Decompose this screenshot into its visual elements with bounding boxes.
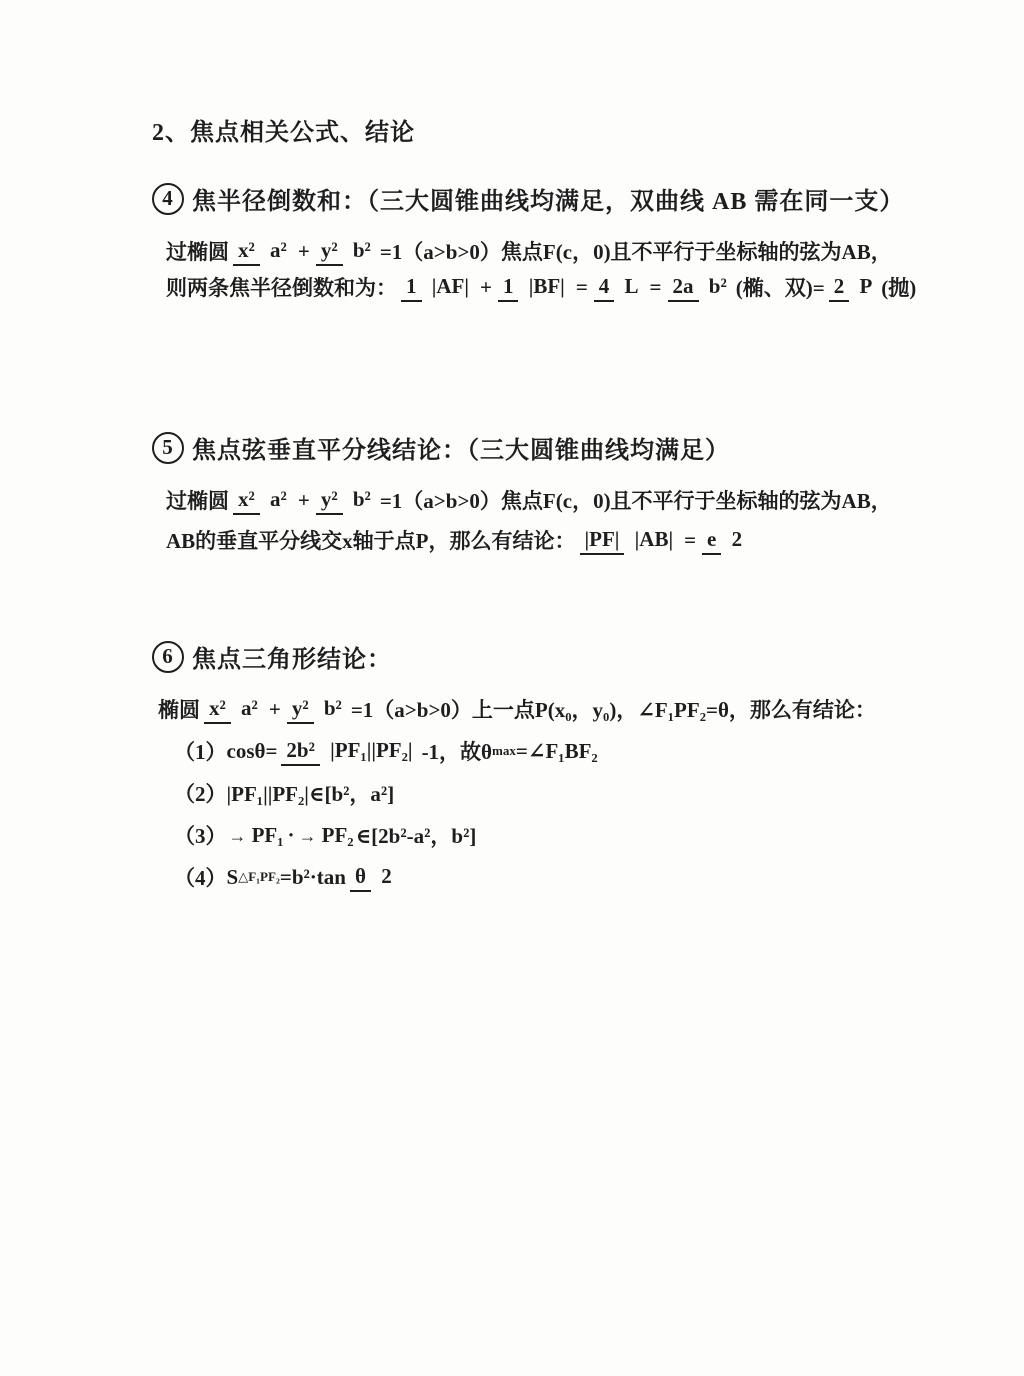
fraction-denominator: b² — [348, 485, 376, 511]
fraction-x2-a2: x² a² — [204, 697, 263, 720]
fraction-numerator: y² — [287, 695, 314, 724]
fraction-4-L: 4 L — [594, 275, 644, 298]
circled-number-5-icon: 5 — [152, 432, 184, 464]
plus-operator: + — [298, 488, 310, 513]
text-run: (抛) — [881, 272, 916, 302]
item-number: （4） — [174, 862, 227, 892]
item-number: （2） — [174, 778, 227, 808]
text-run: =1（a>b>0）焦点F(c，0)且不平行于坐标轴的弦为AB， — [380, 485, 892, 515]
section-5-title-text: 焦点弦垂直平分线结论：（三大圆锥曲线均满足） — [192, 430, 730, 465]
fraction-numerator: x² — [204, 695, 231, 724]
conclusion-item-1: （1） cosθ= 2b² |PF₁||PF₂| -1，故θmax=∠F₁BF₂ — [174, 736, 942, 766]
fraction-x2-a2: x² a² — [233, 488, 292, 511]
fraction-denominator: b² — [319, 694, 347, 720]
vector-PF2: → PF₂ — [299, 825, 354, 846]
fraction-theta-2: θ 2 — [350, 865, 397, 888]
fraction-denominator: 2 — [727, 525, 748, 551]
fraction-numerator: 2 — [829, 273, 850, 302]
sec5-ellipse-condition-line: 过椭圆 x² a² + y² b² =1（a>b>0）焦点F(c，0)且不平行于… — [166, 485, 942, 515]
fraction-denominator: |BF| — [524, 272, 570, 298]
fraction-2-P: 2 P — [829, 275, 878, 298]
sec5-conclusion-line: AB的垂直平分线交x轴于点P，那么有结论： |PF| |AB| = e 2 — [166, 525, 942, 555]
item-number: （3） — [174, 820, 227, 850]
vector-base: PF₁ — [252, 823, 284, 847]
fraction-y2-b2: y² b² — [287, 697, 347, 720]
section-4-title-text: 焦半径倒数和：（三大圆锥曲线均满足，双曲线 AB 需在同一支） — [192, 181, 904, 216]
plus-operator: + — [298, 239, 310, 264]
sec4-reciprocal-sum-line: 则两条焦半径倒数和为： 1 |AF| + 1 |BF| = 4 L = 2a — [166, 272, 942, 302]
fraction-e-2: e 2 — [702, 528, 747, 551]
fraction-numerator: 1 — [498, 273, 519, 302]
fraction-denominator: |AF| — [427, 272, 474, 298]
fraction-denominator: b² — [704, 272, 732, 298]
text-run: AB的垂直平分线交x轴于点P，那么有结论： — [166, 525, 576, 555]
vector-arrow-icon: → — [299, 826, 317, 846]
item-number: （1） — [174, 736, 227, 766]
equals-operator: = — [576, 275, 588, 300]
text-run: =1（a>b>0）上一点P(x₀，y₀)，∠F₁PF₂=θ，那么有结论： — [351, 694, 876, 724]
theta-max-subscript: max — [492, 743, 516, 759]
text-run: 则两条焦半径倒数和为： — [166, 272, 397, 302]
fraction-denominator: a² — [236, 694, 263, 720]
text-run: 过椭圆 — [166, 485, 229, 515]
fraction-denominator: 2 — [376, 862, 397, 888]
page-content: 2、焦点相关公式、结论 4 焦半径倒数和：（三大圆锥曲线均满足，双曲线 AB 需… — [152, 112, 942, 904]
section-6-title-text: 焦点三角形结论： — [192, 639, 392, 674]
equals-operator: = — [650, 275, 662, 300]
blank-gap — [152, 302, 942, 430]
fraction-numerator: e — [702, 526, 721, 555]
plus-operator: + — [480, 275, 492, 300]
fraction-numerator: y² — [316, 486, 343, 515]
circled-number-6-icon: 6 — [152, 641, 184, 673]
fraction-numerator: 2a — [668, 273, 699, 302]
fraction-numerator: x² — [233, 486, 260, 515]
fraction-1-AF: 1 |AF| — [401, 275, 474, 298]
text-run: |PF₁||PF₂|∈[b²，a²] — [227, 778, 395, 808]
fraction-y2-b2: y² b² — [316, 488, 376, 511]
fraction-PF-AB: |PF| |AB| — [580, 528, 679, 551]
triangle-F1PF2-subscript: △F₁PF₂ — [238, 869, 280, 885]
section-6: 6 焦点三角形结论： 椭圆 x² a² + y² b² =1（a>b>0）上一点… — [152, 639, 942, 892]
fraction-2b2-PF1PF2: 2b² |PF₁||PF₂| — [281, 739, 417, 762]
equals-operator: = — [684, 528, 696, 553]
vector-arrow-icon: → — [229, 826, 247, 846]
fraction-denominator: a² — [265, 485, 292, 511]
fraction-denominator: a² — [265, 236, 292, 262]
vector-PF1: → PF₁ — [229, 825, 284, 846]
fraction-2a-b2: 2a b² — [668, 275, 732, 298]
fraction-1-BF: 1 |BF| — [498, 275, 570, 298]
fraction-numerator: |PF| — [580, 526, 625, 555]
conclusion-item-3: （3） → PF₁ · → PF₂ ∈[2b²-a²，b²] — [174, 820, 942, 850]
vector-base: PF₂ — [322, 823, 354, 847]
text-run: cosθ= — [227, 739, 278, 764]
section-5: 5 焦点弦垂直平分线结论：（三大圆锥曲线均满足） 过椭圆 x² a² + y² … — [152, 430, 942, 555]
page-title: 2、焦点相关公式、结论 — [152, 112, 942, 147]
fraction-y2-b2: y² b² — [316, 239, 376, 262]
fraction-denominator: |PF₁||PF₂| — [325, 736, 417, 762]
fraction-denominator: L — [620, 272, 644, 298]
fraction-numerator: 2b² — [281, 737, 319, 766]
text-run: 过椭圆 — [166, 236, 229, 266]
fraction-numerator: y² — [316, 237, 343, 266]
fraction-denominator: P — [854, 272, 877, 298]
text-run: =∠F₁BF₂ — [516, 738, 598, 764]
fraction-denominator: |AB| — [630, 525, 678, 551]
text-run: 椭圆 — [158, 694, 200, 724]
text-run: (椭、双)= — [736, 272, 825, 302]
blank-gap — [152, 555, 942, 639]
fraction-x2-a2: x² a² — [233, 239, 292, 262]
plus-operator: + — [269, 697, 281, 722]
sec4-ellipse-condition-line: 过椭圆 x² a² + y² b² =1（a>b>0）焦点F(c，0)且不平行于… — [166, 236, 942, 266]
fraction-denominator: b² — [348, 236, 376, 262]
section-4-title: 4 焦半径倒数和：（三大圆锥曲线均满足，双曲线 AB 需在同一支） — [152, 181, 942, 216]
fraction-numerator: x² — [233, 237, 260, 266]
circled-number-4-icon: 4 — [152, 183, 184, 215]
fraction-numerator: θ — [350, 863, 371, 892]
text-run: =b²·tan — [280, 865, 346, 890]
conclusion-item-4: （4） S△F₁PF₂ =b²·tan θ 2 — [174, 862, 942, 892]
fraction-numerator: 4 — [594, 273, 615, 302]
text-run: ∈[2b²-a²，b²] — [356, 820, 477, 850]
dot-operator: · — [288, 823, 295, 848]
conclusion-item-2: （2） |PF₁||PF₂|∈[b²，a²] — [174, 778, 942, 808]
section-6-title: 6 焦点三角形结论： — [152, 639, 942, 674]
section-5-title: 5 焦点弦垂直平分线结论：（三大圆锥曲线均满足） — [152, 430, 942, 465]
text-run: -1，故θ — [422, 736, 492, 766]
sec6-ellipse-condition-line: 椭圆 x² a² + y² b² =1（a>b>0）上一点P(x₀，y₀)，∠F… — [158, 694, 942, 724]
section-4: 4 焦半径倒数和：（三大圆锥曲线均满足，双曲线 AB 需在同一支） 过椭圆 x²… — [152, 181, 942, 302]
text-run: =1（a>b>0）焦点F(c，0)且不平行于坐标轴的弦为AB， — [380, 236, 892, 266]
fraction-numerator: 1 — [401, 273, 422, 302]
text-run: S — [227, 865, 239, 890]
document-page: 2、焦点相关公式、结论 4 焦半径倒数和：（三大圆锥曲线均满足，双曲线 AB 需… — [0, 0, 1024, 1376]
